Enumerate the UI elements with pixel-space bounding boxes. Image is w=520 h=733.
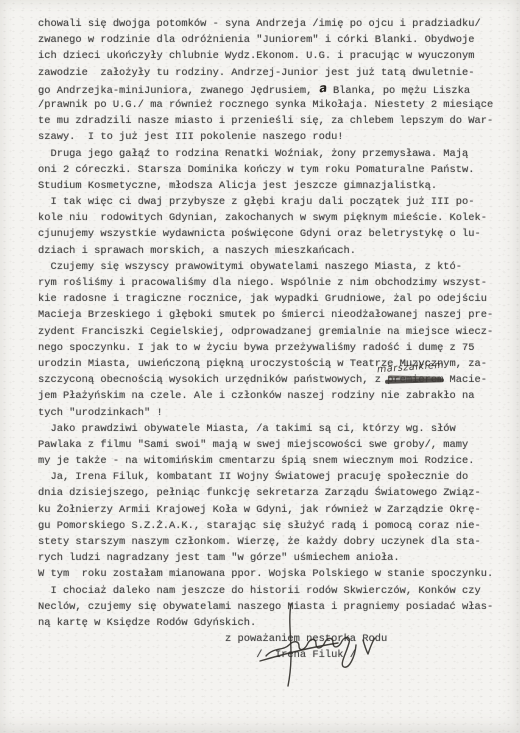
- typed-text: szawy. I to już jest III pokolenie nasze…: [38, 131, 344, 143]
- typed-line: oni 2 córeczki. Starsza Dominika kończy …: [38, 162, 493, 178]
- typed-line: Druga jego gałąź to rodzina Renatki Woźn…: [38, 146, 493, 162]
- typed-text: szczyconą obecnością wysokich urzędników…: [38, 374, 387, 386]
- typed-line: go Andrzejka-miniJuniora, zwanego Jędrus…: [38, 81, 493, 97]
- typed-text: Jako prawdziwi obywatele Miasta, /a taki…: [38, 423, 456, 435]
- typed-text: Blanka, po mężu Liszka: [327, 85, 470, 97]
- typed-line: /prawnik po U.G./ ma również rocznego sy…: [38, 97, 493, 113]
- typed-text: dnia dzisiejszego, pełniąc funkcję sekre…: [38, 487, 481, 499]
- typed-line: my je także - na witomińskim cmentarzu ś…: [38, 453, 493, 469]
- typed-line: Ja, Irena Filuk, kombatant II Wojny Świa…: [38, 469, 493, 485]
- typed-text: W tym roku zostałam mianowana ppor. Wojs…: [38, 568, 493, 580]
- signature-scribble: [266, 637, 356, 667]
- typed-text: tych "urodzinkach" !: [38, 407, 163, 419]
- typed-line: te mu zdradzili nasze miasto i przenieśl…: [38, 113, 493, 129]
- typed-line: nego spoczynku. I jak to w życiu bywa pr…: [38, 340, 493, 356]
- typed-text: Macieja Brzeskiego i głęboki smutek po ś…: [38, 309, 493, 321]
- typed-line: kie radosne i tragiczne rocznice, jak wy…: [38, 291, 493, 307]
- typed-line: tych "urodzinkach" !: [38, 405, 493, 421]
- typed-line: Macieja Brzeskiego i głęboki smutek po ś…: [38, 307, 493, 323]
- struck-out-word: premieremmarszałkiem: [387, 372, 443, 388]
- typed-text: Macie-: [443, 374, 487, 386]
- typed-line: zawodzie założyły tu rodziny. Andrzej-Ju…: [38, 65, 493, 81]
- handwritten-correction: marszałkiem: [377, 361, 445, 376]
- signature-flourish: [363, 638, 375, 654]
- typed-text: I chociaż daleko nam jeszcze do historii…: [38, 585, 481, 597]
- typed-line: jem Płażyńskim na czele. Ale i członków …: [38, 388, 493, 404]
- scanned-letter-page: chowali się dwojga potomków - syna Andrz…: [0, 0, 520, 733]
- typed-text: cjunujemy wszystkie wydawnicta poświęcon…: [38, 228, 481, 240]
- typed-line: ich dzieci ukończyły chlubnie Wydz.Ekono…: [38, 48, 493, 64]
- typed-text: zawodzie założyły tu rodziny. Andrzej-Ju…: [38, 67, 474, 79]
- typed-text: dziach i sprawach morskich, a naszych mi…: [38, 245, 356, 257]
- typed-line: chowali się dwojga potomków - syna Andrz…: [38, 16, 493, 32]
- typed-text: chowali się dwojga potomków - syna Andrz…: [38, 18, 481, 30]
- typed-line: I chociaż daleko nam jeszcze do historii…: [38, 583, 493, 599]
- typed-text: kole niu rodowitych Gdynian, zakochanych…: [38, 212, 487, 224]
- typed-line: gu Pomorskiego S.Z.Ż.A.K., starając się …: [38, 518, 493, 534]
- typed-text: Studium Kosmetyczne, młodsza Alicja jest…: [38, 180, 437, 192]
- typed-line: zydent Franciszki Cegielskiej, odprowadz…: [38, 324, 493, 340]
- typed-text: gu Pomorskiego S.Z.Ż.A.K., starając się …: [38, 520, 481, 532]
- typed-text: ich dzieci ukończyły chlubnie Wydz.Ekono…: [38, 50, 474, 62]
- typed-line: rym rośliśmy i pracowaliśmy dla niego. W…: [38, 275, 493, 291]
- typed-text: jem Płażyńskim na czele. Ale i członków …: [38, 390, 474, 402]
- typed-text: my je także - na witomińskim cmentarzu ś…: [38, 455, 474, 467]
- typed-text: Druga jego gałąź to rodzina Renatki Woźn…: [38, 148, 468, 160]
- typed-text: zwanego w rodzinie dla odróżnienia "Juni…: [38, 34, 474, 46]
- typed-line: Jako prawdziwi obywatele Miasta, /a taki…: [38, 421, 493, 437]
- typed-text: Pawlaka z filmu "Sami swoi" mają w swej …: [38, 439, 468, 451]
- typed-line: dnia dzisiejszego, pełniąc funkcję sekre…: [38, 485, 493, 501]
- typed-line: kole niu rodowitych Gdynian, zakochanych…: [38, 210, 493, 226]
- typed-text: go Andrzejka-miniJuniora, zwanego Jędrus…: [38, 85, 319, 97]
- typed-text: Czujemy się wszyscy prawowitymi obywatel…: [38, 261, 462, 273]
- typed-text: stety starszym naszym członkom. Wierzę, …: [38, 536, 481, 548]
- typed-text: Ja, Irena Filuk, kombatant II Wojny Świa…: [38, 471, 468, 483]
- typed-line: ku Żołnierzy Armii Krajowej Koła w Gdyni…: [38, 502, 493, 518]
- typed-text: oni 2 córeczki. Starsza Dominika kończy …: [38, 164, 474, 176]
- typed-line: I tak więc ci dwaj przybysze z głębi kra…: [38, 194, 493, 210]
- typed-text: rym rośliśmy i pracowaliśmy dla niego. W…: [38, 277, 487, 289]
- typed-text: ną kartę w Księdze Rodów Gdyńskich.: [38, 617, 256, 629]
- typed-line: dziach i sprawach morskich, a naszych mi…: [38, 243, 493, 259]
- typed-line: rych ludzi nagradzany jest tam "w górze"…: [38, 550, 493, 566]
- typed-text: kie radosne i tragiczne rocznice, jak wy…: [38, 293, 487, 305]
- typed-line: Studium Kosmetyczne, młodsza Alicja jest…: [38, 178, 493, 194]
- typed-line: W tym roku zostałam mianowana ppor. Wojs…: [38, 566, 493, 582]
- typed-text: zydent Franciszki Cegielskiej, odprowadz…: [38, 326, 493, 338]
- typed-text: ku Żołnierzy Armii Krajowej Koła w Gdyni…: [38, 504, 481, 516]
- typed-text: /prawnik po U.G./ ma również rocznego sy…: [38, 99, 493, 111]
- typed-text: te mu zdradzili nasze miasto i przenieśl…: [38, 115, 493, 127]
- document-lines: chowali się dwojga potomków - syna Andrz…: [38, 16, 493, 664]
- typed-line: Pawlaka z filmu "Sami swoi" mają w swej …: [38, 437, 493, 453]
- typed-text: I tak więc ci dwaj przybysze z głębi kra…: [38, 196, 474, 208]
- typed-line: stety starszym naszym członkom. Wierzę, …: [38, 534, 493, 550]
- handwritten-insert: a: [318, 79, 328, 96]
- typed-line: Czujemy się wszyscy prawowitymi obywatel…: [38, 259, 493, 275]
- typed-line: cjunujemy wszystkie wydawnicta poświęcon…: [38, 226, 493, 242]
- handwritten-signature: [250, 598, 390, 698]
- typed-line: szczyconą obecnością wysokich urzędników…: [38, 372, 493, 388]
- typed-line: zwanego w rodzinie dla odróżnienia "Juni…: [38, 32, 493, 48]
- typed-line: szawy. I to już jest III pokolenie nasze…: [38, 129, 493, 145]
- typed-text: nego spoczynku. I jak to w życiu bywa pr…: [38, 342, 474, 354]
- typed-text: rych ludzi nagradzany jest tam "w górze"…: [38, 552, 400, 564]
